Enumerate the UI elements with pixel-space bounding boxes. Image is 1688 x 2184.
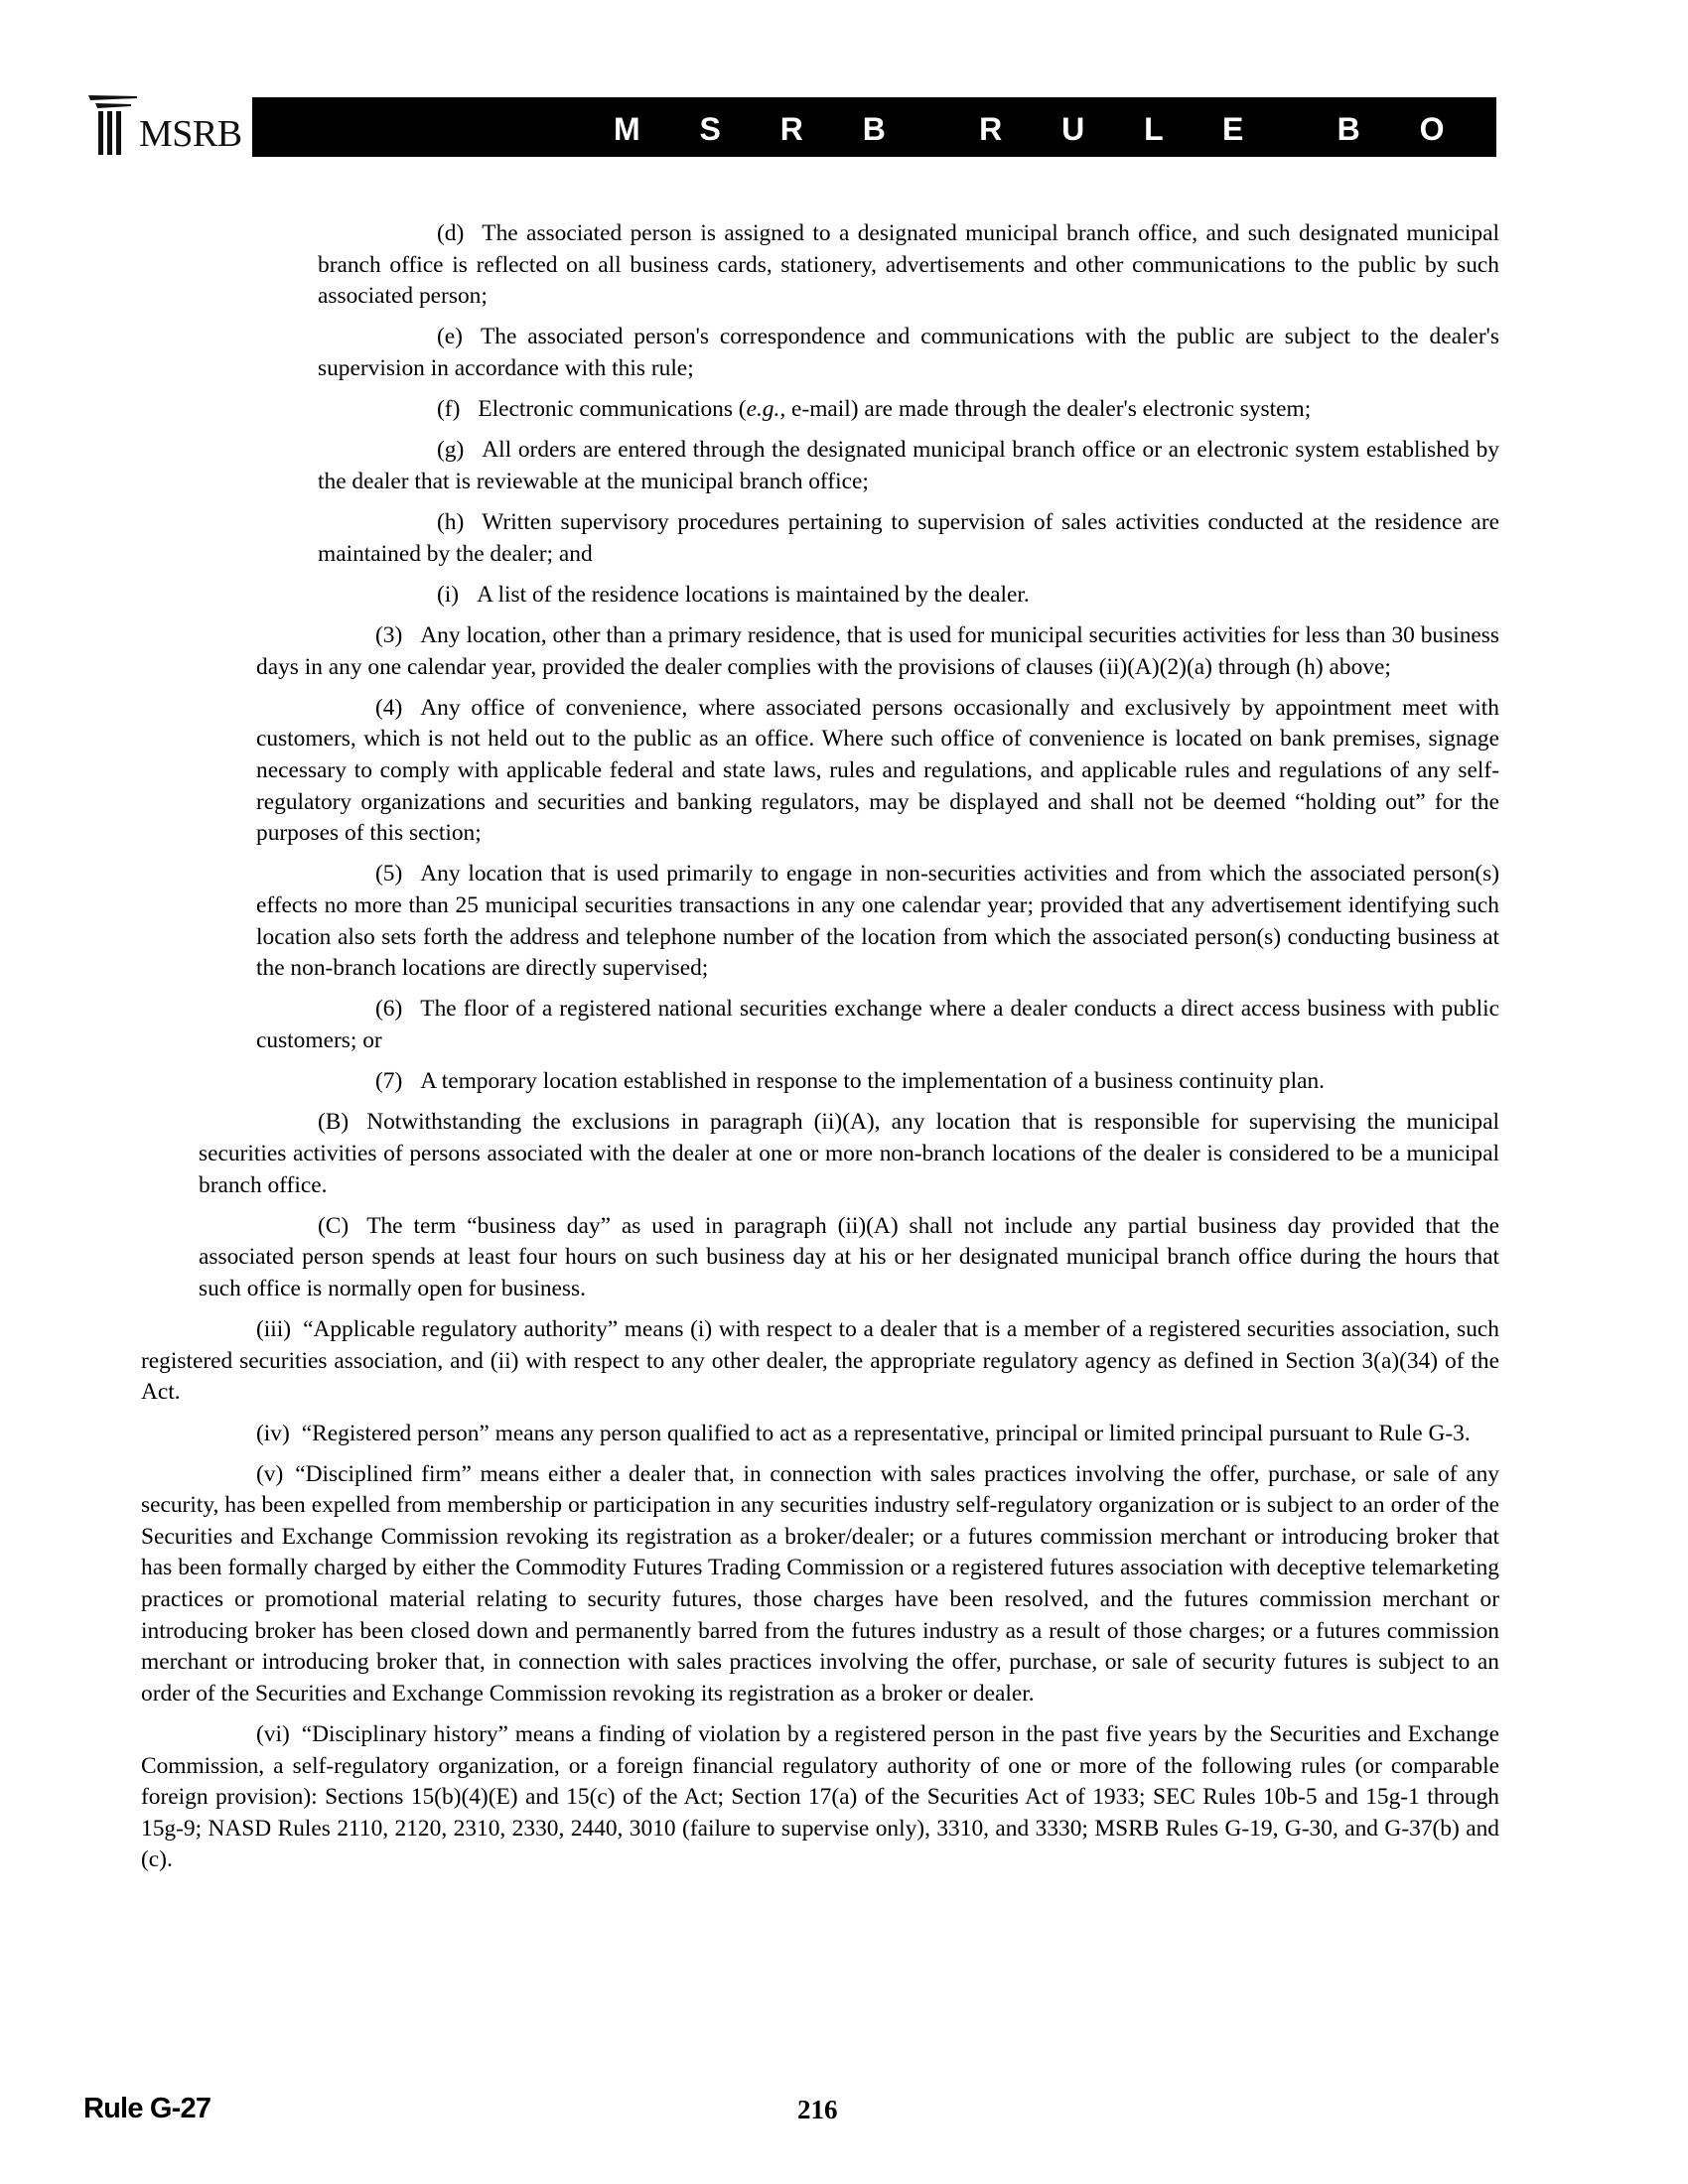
paragraph-B: (B)Notwithstanding the exclusions in par… xyxy=(141,1107,1499,1201)
paragraph-text: A temporary location established in resp… xyxy=(420,1068,1325,1094)
logo-text: MSRB xyxy=(139,114,242,154)
column-pillar-icon xyxy=(87,92,139,156)
paragraph-iii: (iii)“Applicable regulatory authority” m… xyxy=(141,1314,1499,1409)
paragraph-d: (d)The associated person is assigned to … xyxy=(141,218,1499,313)
paragraph-label: (f) xyxy=(377,394,460,426)
paragraph-text-italic: e.g., xyxy=(747,396,786,422)
paragraph-g: (g)All orders are entered through the de… xyxy=(141,435,1499,497)
footer-rule-name: Rule G-27 xyxy=(83,2089,211,2128)
paragraph-iv: (iv)“Registered person” means any person… xyxy=(141,1419,1499,1450)
paragraph-e: (e)The associated person's correspondenc… xyxy=(141,322,1499,384)
paragraph-text: A list of the residence locations is mai… xyxy=(477,582,1030,608)
paragraph-text: “Applicable regulatory authority” means … xyxy=(141,1316,1499,1405)
paragraph-text: “Disciplined firm” means either a dealer… xyxy=(141,1461,1499,1706)
paragraph-label: (4) xyxy=(316,693,402,725)
paragraph-vi: (vi)“Disciplinary history” means a findi… xyxy=(141,1719,1499,1876)
paragraph-text: Any location, other than a primary resid… xyxy=(256,622,1499,680)
title-bar: M S R B R U L E B O O K xyxy=(252,97,1496,157)
paragraph-text: The associated person's correspondence a… xyxy=(318,324,1499,381)
paragraph-label: (iv) xyxy=(199,1419,290,1450)
paragraph-text: e-mail) are made through the dealer's el… xyxy=(785,396,1311,422)
paragraph-label: (3) xyxy=(316,620,402,652)
paragraph-label: (i) xyxy=(377,580,459,612)
paragraph-label: (e) xyxy=(377,322,463,353)
paragraph-text: All orders are entered through the desig… xyxy=(318,437,1499,494)
paragraph-label: (v) xyxy=(199,1459,283,1491)
paragraph-text: The floor of a registered national secur… xyxy=(256,996,1499,1053)
paragraph-text: Electronic communications ( xyxy=(478,396,746,422)
paragraph-5: (5)Any location that is used primarily t… xyxy=(141,859,1499,984)
paragraph-f: (f)Electronic communications (e.g., e-ma… xyxy=(141,394,1499,426)
paragraph-label: (5) xyxy=(316,859,402,890)
page-title: M S R B R U L E B O O K xyxy=(614,109,1636,149)
paragraph-label: (B) xyxy=(258,1107,349,1139)
paragraph-label: (g) xyxy=(377,435,464,467)
paragraph-text: The associated person is assigned to a d… xyxy=(318,220,1499,309)
paragraph-text: “Disciplinary history” means a finding o… xyxy=(141,1721,1499,1872)
paragraph-label: (iii) xyxy=(199,1314,291,1346)
msrb-logo: MSRB xyxy=(87,92,246,158)
paragraph-label: (7) xyxy=(316,1066,402,1098)
paragraph-label: (C) xyxy=(258,1211,349,1243)
paragraph-text: “Registered person” means any person qua… xyxy=(302,1421,1471,1446)
paragraph-C: (C)The term “business day” as used in pa… xyxy=(141,1211,1499,1305)
paragraph-text: Written supervisory procedures pertainin… xyxy=(318,509,1499,567)
paragraph-3: (3)Any location, other than a primary re… xyxy=(141,620,1499,683)
paragraph-text: Any location that is used primarily to e… xyxy=(256,861,1499,981)
page-number: 216 xyxy=(797,2091,838,2128)
paragraph-label: (vi) xyxy=(199,1719,290,1751)
paragraph-i: (i)A list of the residence locations is … xyxy=(141,580,1499,612)
paragraph-h: (h)Written supervisory procedures pertai… xyxy=(141,507,1499,570)
paragraph-6: (6)The floor of a registered national se… xyxy=(141,994,1499,1056)
paragraph-v: (v)“Disciplined firm” means either a dea… xyxy=(141,1459,1499,1710)
paragraph-4: (4)Any office of convenience, where asso… xyxy=(141,693,1499,850)
paragraph-label: (6) xyxy=(316,994,402,1025)
paragraph-label: (d) xyxy=(377,218,464,250)
paragraph-text: Notwithstanding the exclusions in paragr… xyxy=(199,1109,1499,1197)
paragraph-text: The term “business day” as used in parag… xyxy=(199,1213,1499,1301)
paragraph-label: (h) xyxy=(377,507,464,539)
document-body: (d)The associated person is assigned to … xyxy=(141,218,1499,1886)
paragraph-text: Any office of convenience, where associa… xyxy=(256,695,1499,846)
paragraph-7: (7)A temporary location established in r… xyxy=(141,1066,1499,1098)
